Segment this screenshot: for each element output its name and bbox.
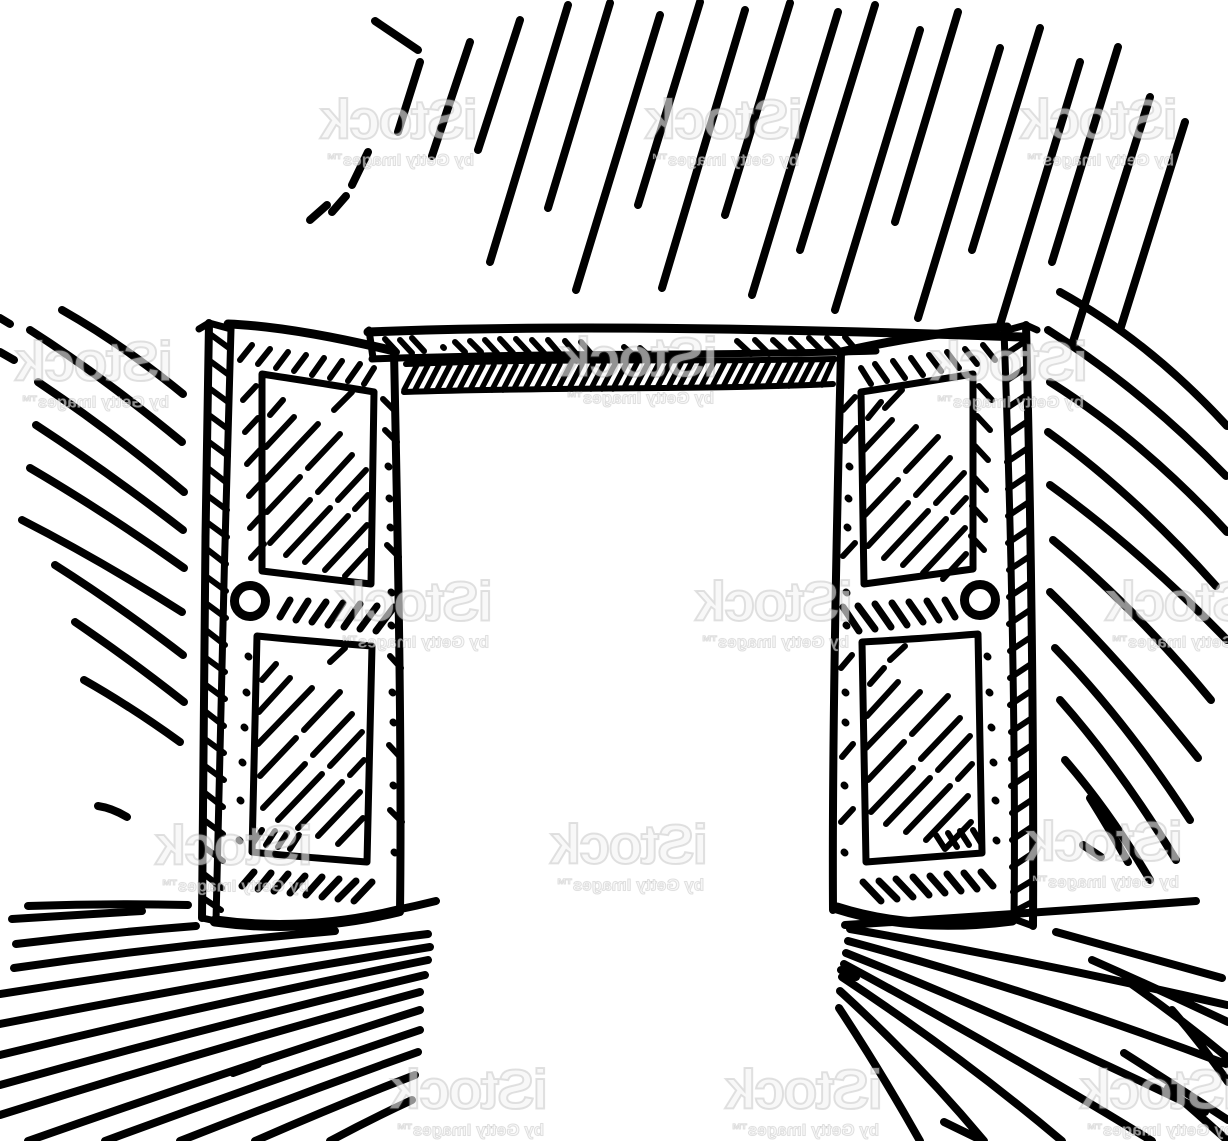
- left-door-left-stile-dots: [239, 656, 249, 841]
- right-door-bottom-rail-small-marks: [936, 830, 981, 849]
- right-door-knob-row-hatching: [843, 600, 955, 631]
- left-door-bottom-rail-small-marks: [253, 830, 299, 849]
- right-door: [833, 325, 1037, 926]
- right-door-upper-panel-hatching: [863, 390, 966, 579]
- left-door-lower-panel-hatching: [258, 648, 364, 844]
- floor-right-hatch-lines: [839, 929, 1228, 1141]
- right-door-edge-band: [1004, 325, 1037, 926]
- left-door-bottom-edge: [215, 911, 398, 926]
- right-wall-hatch-lines: [1048, 292, 1227, 880]
- right-door-bottom-rail-hatching: [863, 872, 993, 901]
- door-drawing: [0, 0, 1228, 1141]
- left-wall-hatching: [0, 310, 184, 817]
- left-door-knob-row-hatching: [280, 600, 394, 631]
- left-door-edge-band: [199, 323, 231, 921]
- right-wall-hatching: [1048, 292, 1227, 880]
- top-wall-hatching: [310, 2, 1185, 345]
- floor-right: [839, 901, 1228, 1141]
- left-wall-hatch-lines: [0, 310, 184, 817]
- left-door-knob: [235, 586, 266, 617]
- right-door-edge-outer-line: [1026, 325, 1033, 926]
- left-door: [199, 323, 402, 926]
- left-door-right-edge: [394, 351, 401, 912]
- floor-left: [0, 901, 436, 1141]
- floor-left-hatch-lines: [0, 911, 430, 1141]
- sketch-open-double-door: iStock by Getty Images™ iStock by Getty …: [0, 0, 1228, 1141]
- right-door-right-stile-dots: [987, 656, 997, 841]
- left-door-upper-panel-hatching: [265, 392, 368, 576]
- left-door-bottom-rail-hatching: [242, 872, 372, 901]
- right-door-knob: [965, 585, 996, 616]
- right-door-left-edge: [833, 352, 841, 910]
- floor-left-boundary-line: [28, 901, 436, 910]
- right-door-lower-panel-hatching: [866, 646, 972, 848]
- top-hatch-lines: [310, 2, 1185, 345]
